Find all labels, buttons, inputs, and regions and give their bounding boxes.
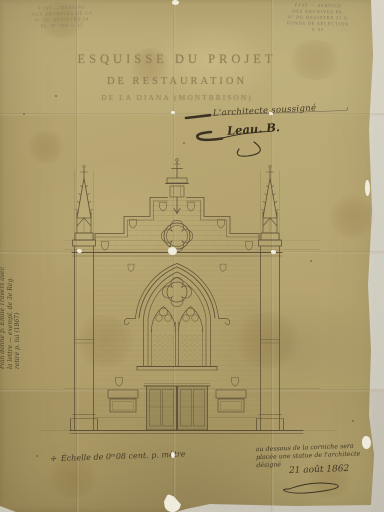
paper-damage — [168, 247, 177, 255]
left-pinnacle — [73, 165, 96, 246]
ground-line — [70, 431, 303, 434]
paper-damage — [271, 250, 276, 254]
date-flourish — [284, 483, 339, 493]
paper-damage — [269, 112, 273, 115]
paper-damage — [77, 249, 82, 253]
cross-mark: ✛ — [50, 455, 56, 463]
paper-damage — [362, 436, 371, 449]
right-buttress — [257, 246, 284, 430]
left-buttress — [71, 246, 98, 430]
margin-note-line: retiré p. lui (1867) — [14, 265, 22, 369]
string-course — [72, 253, 282, 257]
paper-damage — [171, 452, 175, 458]
date-annotation: 21 août 1862 — [289, 464, 350, 476]
paper-damage — [172, 0, 179, 5]
margin-note-line: Plan donné p. Émile Travers avec — [0, 265, 7, 369]
margin-annotation: Plan donné p. Émile Travers avec la lett… — [0, 265, 45, 369]
facade-elevation-drawing — [0, 0, 384, 512]
paper-damage — [171, 111, 175, 114]
archival-photograph: ÉTAT — DESSINS AUX ARCHIVES DE LA Nº DU … — [0, 0, 384, 512]
right-pinnacle — [259, 165, 282, 246]
entrance-doors — [144, 384, 210, 431]
paper-damage — [365, 180, 370, 196]
margin-note-line: la lettre — exempl. de 3e Rég. — [7, 265, 15, 369]
